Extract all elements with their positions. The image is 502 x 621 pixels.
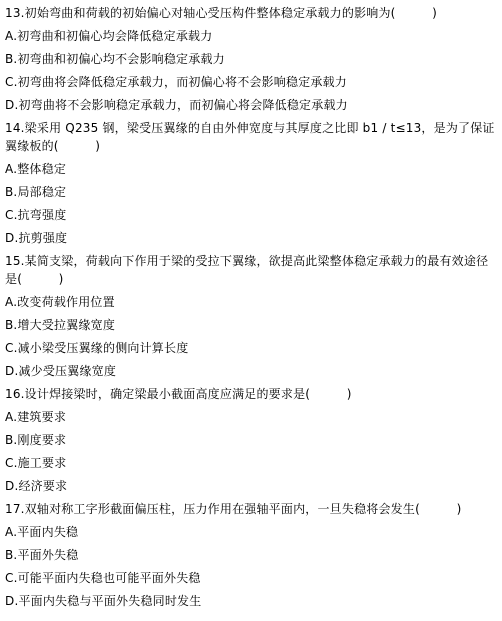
option-b: B.刚度要求 (5, 431, 499, 449)
question-stem: 13.初始弯曲和荷载的初始偏心对轴心受压构件整体稳定承载力的影响为( ) (5, 4, 499, 22)
option-c: C.减小梁受压翼缘的侧向计算长度 (5, 339, 499, 357)
option-a: A.平面内失稳 (5, 523, 499, 541)
question-stem: 16.设计焊接梁时，确定梁最小截面高度应满足的要求是( ) (5, 385, 499, 403)
option-a: A.整体稳定 (5, 160, 499, 178)
option-d: D.平面内失稳与平面外失稳同时发生 (5, 592, 499, 610)
question-stem: 14.梁采用 Q235 钢，梁受压翼缘的自由外伸宽度与其厚度之比即 b1 / t… (5, 119, 499, 155)
option-b: B.平面外失稳 (5, 546, 499, 564)
question-16: 16.设计焊接梁时，确定梁最小截面高度应满足的要求是( ) A.建筑要求 B.刚… (5, 385, 499, 495)
question-15: 15.某简支梁，荷载向下作用于梁的受拉下翼缘，欲提高此梁整体稳定承载力的最有效途… (5, 252, 499, 380)
question-13: 13.初始弯曲和荷载的初始偏心对轴心受压构件整体稳定承载力的影响为( ) A.初… (5, 4, 499, 114)
question-14: 14.梁采用 Q235 钢，梁受压翼缘的自由外伸宽度与其厚度之比即 b1 / t… (5, 119, 499, 247)
question-stem: 17.双轴对称工字形截面偏压柱，压力作用在强轴平面内，一旦失稳将会发生( ) (5, 500, 499, 518)
option-c: C.抗弯强度 (5, 206, 499, 224)
option-c: C.初弯曲将会降低稳定承载力，而初偏心将不会影响稳定承载力 (5, 73, 499, 91)
option-a: A.改变荷载作用位置 (5, 293, 499, 311)
option-a: A.初弯曲和初偏心均会降低稳定承载力 (5, 27, 499, 45)
option-d: D.减少受压翼缘宽度 (5, 362, 499, 380)
option-c: C.可能平面内失稳也可能平面外失稳 (5, 569, 499, 587)
question-17: 17.双轴对称工字形截面偏压柱，压力作用在强轴平面内，一旦失稳将会发生( ) A… (5, 500, 499, 610)
question-document: 13.初始弯曲和荷载的初始偏心对轴心受压构件整体稳定承载力的影响为( ) A.初… (5, 4, 499, 615)
option-b: B.局部稳定 (5, 183, 499, 201)
option-b: B.初弯曲和初偏心均不会影响稳定承载力 (5, 50, 499, 68)
option-d: D.初弯曲将不会影响稳定承载力，而初偏心将会降低稳定承载力 (5, 96, 499, 114)
question-stem: 15.某简支梁，荷载向下作用于梁的受拉下翼缘，欲提高此梁整体稳定承载力的最有效途… (5, 252, 499, 288)
option-d: D.经济要求 (5, 477, 499, 495)
option-a: A.建筑要求 (5, 408, 499, 426)
option-d: D.抗剪强度 (5, 229, 499, 247)
option-b: B.增大受拉翼缘宽度 (5, 316, 499, 334)
option-c: C.施工要求 (5, 454, 499, 472)
